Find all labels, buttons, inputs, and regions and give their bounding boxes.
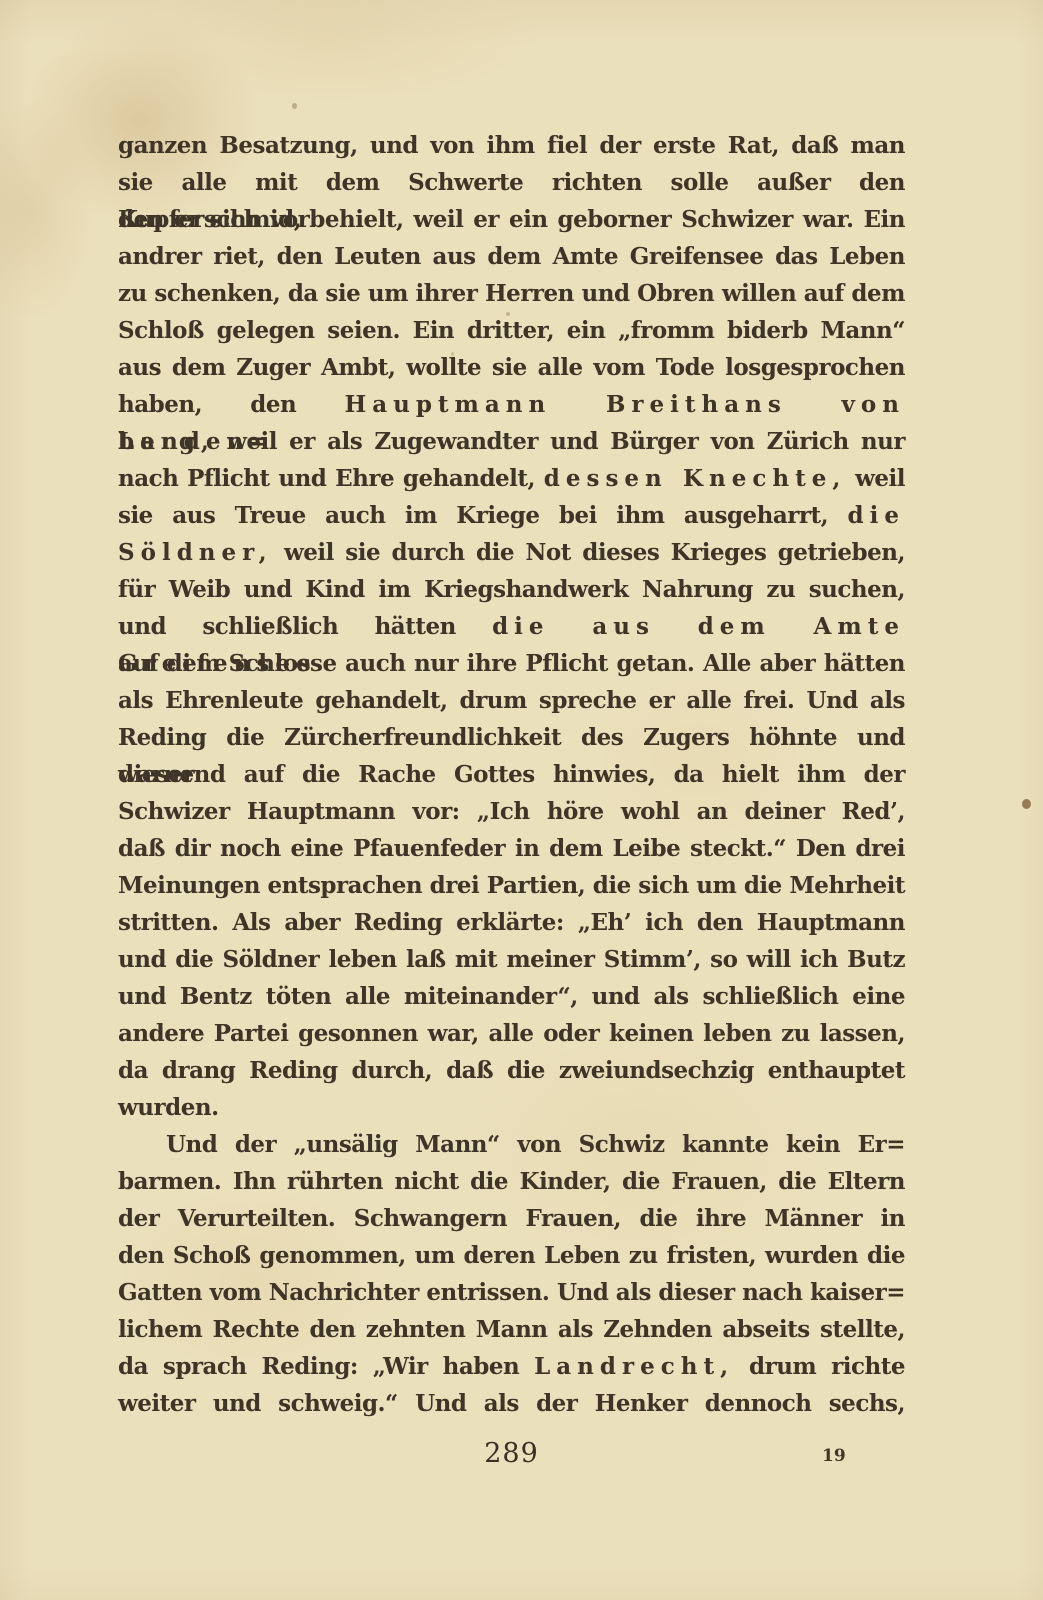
text-line: aus dem Zuger Ambt, wollte sie alle vom … bbox=[118, 349, 905, 386]
text-line: Meinungen entsprachen drei Partien, die … bbox=[118, 867, 905, 904]
text-segment: den er sich vorbehielt, weil er ein gebo… bbox=[118, 206, 905, 233]
text-segment: Meinungen entsprachen drei Partien, die … bbox=[118, 872, 905, 899]
letterspaced-text: dessen Knechte, bbox=[544, 465, 847, 492]
text-segment: da drang Reding durch, daß die zweiundse… bbox=[118, 1057, 905, 1084]
text-segment: andrer riet, den Leuten aus dem Amte Gre… bbox=[118, 243, 905, 270]
text-line: und Bentz töten alle miteinander“, und a… bbox=[118, 978, 905, 1015]
text-line: Gatten vom Nachrichter entrissen. Und al… bbox=[118, 1274, 905, 1311]
text-segment: lichem Rechte den zehnten Mann als Zehnd… bbox=[118, 1316, 905, 1343]
text-line: als Ehrenleute gehandelt, drum spreche e… bbox=[118, 682, 905, 719]
text-line: zu schenken, da sie um ihrer Herren und … bbox=[118, 275, 905, 312]
page-text: ganzen Besatzung, und von ihm fiel der e… bbox=[118, 127, 905, 1422]
text-segment: weil er als Zugewandter und Bürger von Z… bbox=[215, 428, 905, 455]
text-segment: wurden. bbox=[118, 1094, 219, 1121]
text-segment: barmen. Ihn rührten nicht die Kinder, di… bbox=[118, 1168, 905, 1195]
text-line: Reding die Zürcherfreundlichkeit des Zug… bbox=[118, 719, 905, 756]
text-segment: Schloß gelegen seien. Ein dritter, ein „… bbox=[118, 317, 905, 344]
text-line: nach Pflicht und Ehre gehandelt, dessen … bbox=[118, 460, 905, 497]
text-segment: aus dem Zuger Ambt, wollte sie alle vom … bbox=[118, 354, 905, 381]
book-page: ganzen Besatzung, und von ihm fiel der e… bbox=[0, 0, 1043, 1600]
text-segment: weil sie durch die Not dieses Krieges ge… bbox=[273, 539, 905, 566]
text-line: Und der „unsälig Mann“ von Schwiz kannte… bbox=[118, 1126, 905, 1163]
text-segment: und die Söldner leben laß mit meiner Sti… bbox=[118, 946, 905, 973]
letterspaced-text: Söldner, bbox=[118, 539, 273, 566]
text-segment: für Weib und Kind im Kriegshandwerk Nahr… bbox=[118, 576, 905, 603]
text-segment: und Bentz töten alle miteinander“, und a… bbox=[118, 983, 905, 1010]
page-number: 289 bbox=[118, 1438, 905, 1469]
paper-speck bbox=[292, 103, 297, 109]
letterspaced-text: berg, bbox=[118, 428, 215, 455]
text-line: daß dir noch eine Pfauenfeder in dem Lei… bbox=[118, 830, 905, 867]
text-line: weiter und schweig.“ Und als der Henker … bbox=[118, 1385, 905, 1422]
text-line: und die Söldner leben laß mit meiner Sti… bbox=[118, 941, 905, 978]
text-segment: auf dem Schlosse auch nur ihre Pflicht g… bbox=[118, 650, 905, 677]
letterspaced-text: Landrecht, bbox=[534, 1353, 734, 1380]
text-segment: zu schenken, da sie um ihrer Herren und … bbox=[118, 280, 905, 307]
text-segment: nach Pflicht und Ehre gehandelt, bbox=[118, 465, 544, 492]
text-line: andrer riet, den Leuten aus dem Amte Gre… bbox=[118, 238, 905, 275]
text-line: auf dem Schlosse auch nur ihre Pflicht g… bbox=[118, 645, 905, 682]
text-line: sie aus Treue auch im Kriege bei ihm aus… bbox=[118, 497, 905, 534]
text-segment: sie aus Treue auch im Kriege bei ihm aus… bbox=[118, 502, 848, 529]
text-segment: stritten. Als aber Reding erklärte: „Eh’… bbox=[118, 909, 905, 936]
text-line: da drang Reding durch, daß die zweiundse… bbox=[118, 1052, 905, 1089]
text-segment: Und der „unsälig Mann“ von Schwiz kannte… bbox=[166, 1131, 905, 1158]
text-line: barmen. Ihn rührten nicht die Kinder, di… bbox=[118, 1163, 905, 1200]
text-line: für Weib und Kind im Kriegshandwerk Nahr… bbox=[118, 571, 905, 608]
paper-speck bbox=[1022, 799, 1031, 809]
text-segment: Schwizer Hauptmann vor: „Ich höre wohl a… bbox=[118, 798, 905, 825]
text-line: den Schoß genommen, um deren Leben zu fr… bbox=[118, 1237, 905, 1274]
text-line: stritten. Als aber Reding erklärte: „Eh’… bbox=[118, 904, 905, 941]
text-line: wurden. bbox=[118, 1089, 905, 1126]
text-segment: ganzen Besatzung, und von ihm fiel der e… bbox=[118, 132, 905, 159]
text-segment: und schließlich hätten bbox=[118, 613, 492, 640]
text-segment: weil bbox=[846, 465, 905, 492]
text-segment: Gatten vom Nachrichter entrissen. Und al… bbox=[118, 1279, 905, 1306]
text-segment: den Schoß genommen, um deren Leben zu fr… bbox=[118, 1242, 905, 1269]
text-line: warnend auf die Rache Gottes hinwies, da… bbox=[118, 756, 905, 793]
text-line: und schließlich hätten die aus dem Amte … bbox=[118, 608, 905, 645]
text-line: den er sich vorbehielt, weil er ein gebo… bbox=[118, 201, 905, 238]
letterspaced-text: die bbox=[848, 502, 905, 529]
text-line: da sprach Reding: „Wir haben Landrecht, … bbox=[118, 1348, 905, 1385]
signature-mark: 19 bbox=[822, 1446, 846, 1466]
text-segment: da sprach Reding: „Wir haben bbox=[118, 1353, 534, 1380]
text-segment: haben, den bbox=[118, 391, 344, 418]
text-line: Schwizer Hauptmann vor: „Ich höre wohl a… bbox=[118, 793, 905, 830]
text-line: ganzen Besatzung, und von ihm fiel der e… bbox=[118, 127, 905, 164]
text-segment: als Ehrenleute gehandelt, drum spreche e… bbox=[118, 687, 905, 714]
text-segment: daß dir noch eine Pfauenfeder in dem Lei… bbox=[118, 835, 905, 862]
text-segment: drum richte bbox=[734, 1353, 905, 1380]
text-segment: andere Partei gesonnen war, alle oder ke… bbox=[118, 1020, 905, 1047]
text-line: andere Partei gesonnen war, alle oder ke… bbox=[118, 1015, 905, 1052]
text-line: Schloß gelegen seien. Ein dritter, ein „… bbox=[118, 312, 905, 349]
text-line: der Verurteilten. Schwangern Frauen, die… bbox=[118, 1200, 905, 1237]
text-line: haben, den Hauptmann Breithans von Lande… bbox=[118, 386, 905, 423]
text-line: berg, weil er als Zugewandter und Bürger… bbox=[118, 423, 905, 460]
text-segment: weiter und schweig.“ Und als der Henker … bbox=[118, 1390, 905, 1417]
text-segment: warnend auf die Rache Gottes hinwies, da… bbox=[118, 761, 905, 788]
text-line: lichem Rechte den zehnten Mann als Zehnd… bbox=[118, 1311, 905, 1348]
text-segment: der Verurteilten. Schwangern Frauen, die… bbox=[118, 1205, 905, 1232]
text-line: sie alle mit dem Schwerte richten solle … bbox=[118, 164, 905, 201]
text-line: Söldner, weil sie durch die Not dieses K… bbox=[118, 534, 905, 571]
